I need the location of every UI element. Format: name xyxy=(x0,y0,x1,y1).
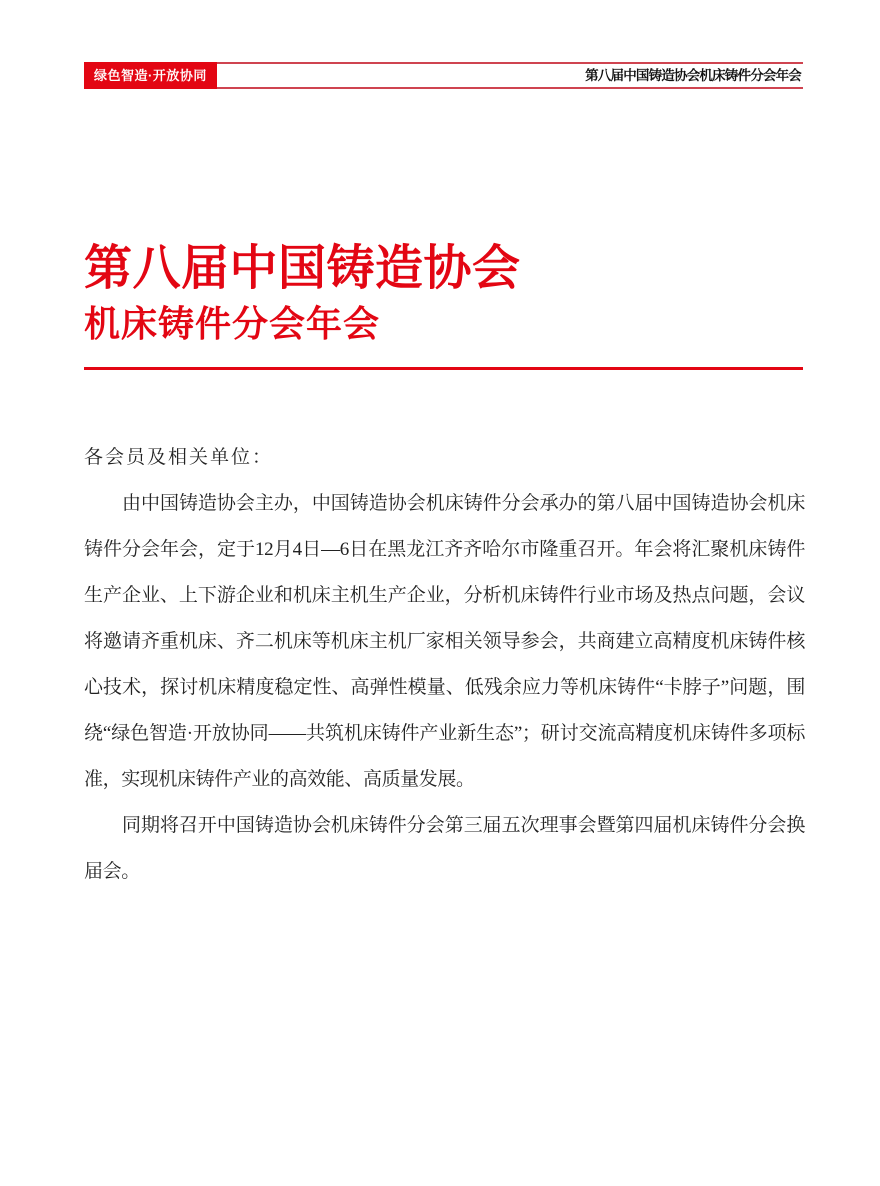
document-title-block: 第八届中国铸造协会 机床铸件分会年会 xyxy=(84,242,803,344)
header-running-title: 第八届中国铸造协会机床铸件分会年会 xyxy=(585,64,801,87)
body-paragraph: 同期将召开中国铸造协会机床铸件分会第三届五次理事会暨第四届机床铸件分会换届会。 xyxy=(84,803,805,895)
body-paragraph: 由中国铸造协会主办，中国铸造协会机床铸件分会承办的第八届中国铸造协会机床铸件分会… xyxy=(84,481,805,803)
document-title-line2: 机床铸件分会年会 xyxy=(84,304,803,344)
header-band: 绿色智造·开放协同 第八届中国铸造协会机床铸件分会年会 xyxy=(84,62,803,89)
document-title-line1: 第八届中国铸造协会 xyxy=(84,242,803,296)
title-rule-divider xyxy=(84,367,803,370)
document-body: 各会员及相关单位： 由中国铸造协会主办，中国铸造协会机床铸件分会承办的第八届中国… xyxy=(84,435,805,895)
salutation-line: 各会员及相关单位： xyxy=(84,435,805,481)
document-page: 绿色智造·开放协同 第八届中国铸造协会机床铸件分会年会 第八届中国铸造协会 机床… xyxy=(0,0,880,1186)
header-badge: 绿色智造·开放协同 xyxy=(84,62,217,89)
